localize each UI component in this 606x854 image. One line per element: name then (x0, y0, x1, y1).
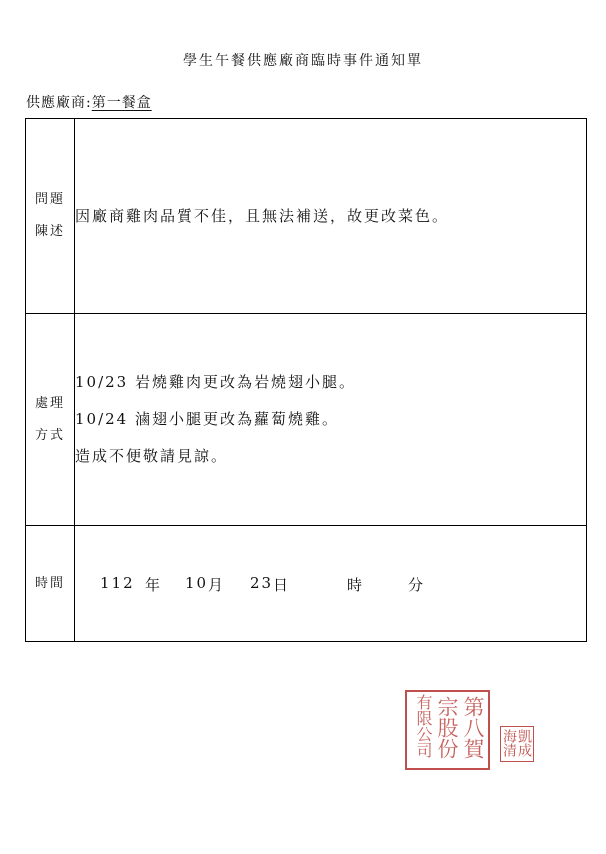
label-line: 方式 (26, 420, 74, 452)
day-unit: 日 (273, 574, 290, 595)
personal-seal: 凱成 海清 (500, 726, 534, 762)
year-value: 112 (100, 574, 135, 592)
content-handling-method: 10/23 岩燒雞肉更改為岩燒翅小腿。 10/24 滷翅小腿更改為蘿蔔燒雞。 造… (75, 314, 587, 526)
row-handling-method: 處理 方式 10/23 岩燒雞肉更改為岩燒翅小腿。 10/24 滷翅小腿更改為蘿… (26, 314, 587, 526)
month-unit: 月 (208, 574, 225, 595)
vendor-line: 供應廠商:第一餐盒 (26, 92, 152, 112)
label-time: 時間 (26, 526, 75, 642)
label-line: 問題 (26, 184, 74, 216)
problem-text: 因廠商雞肉品質不佳，且無法補送，故更改菜色。 (75, 198, 586, 235)
document-title: 學生午餐供應廠商臨時事件通知單 (0, 50, 606, 70)
seal-text: 海清 (501, 729, 516, 757)
content-problem-statement: 因廠商雞肉品質不佳，且無法補送，故更改菜色。 (75, 119, 587, 314)
notice-form-table: 問題 陳述 因廠商雞肉品質不佳，且無法補送，故更改菜色。 處理 方式 10/23… (25, 118, 587, 642)
handling-line: 10/24 滷翅小腿更改為蘿蔔燒雞。 (75, 401, 586, 438)
handling-line: 10/23 岩燒雞肉更改為岩燒翅小腿。 (75, 364, 586, 401)
day-value: 23 (250, 574, 273, 592)
row-problem-statement: 問題 陳述 因廠商雞肉品質不佳，且無法補送，故更改菜色。 (26, 119, 587, 314)
label-line: 處理 (26, 388, 74, 420)
seal-text: 宗股份 (436, 696, 458, 759)
row-time: 時間 112 年 10 月 23 日 時 分 (26, 526, 587, 642)
vendor-label: 供應廠商: (26, 95, 92, 111)
seal-text: 第八賀 (462, 696, 484, 759)
month-value: 10 (185, 574, 208, 592)
handling-line: 造成不便敬請見諒。 (75, 438, 586, 475)
seal-text: 凱成 (516, 729, 531, 757)
minute-unit: 分 (408, 574, 425, 595)
hour-unit: 時 (347, 574, 364, 595)
content-time: 112 年 10 月 23 日 時 分 (75, 526, 587, 642)
year-unit: 年 (145, 574, 162, 595)
label-handling-method: 處理 方式 (26, 314, 75, 526)
label-problem-statement: 問題 陳述 (26, 119, 75, 314)
label-line: 陳述 (26, 216, 74, 248)
vendor-name: 第一餐盒 (92, 95, 152, 111)
seal-text: 有限公司 (414, 694, 432, 758)
company-seal: 第八賀 宗股份 有限公司 (405, 690, 490, 770)
